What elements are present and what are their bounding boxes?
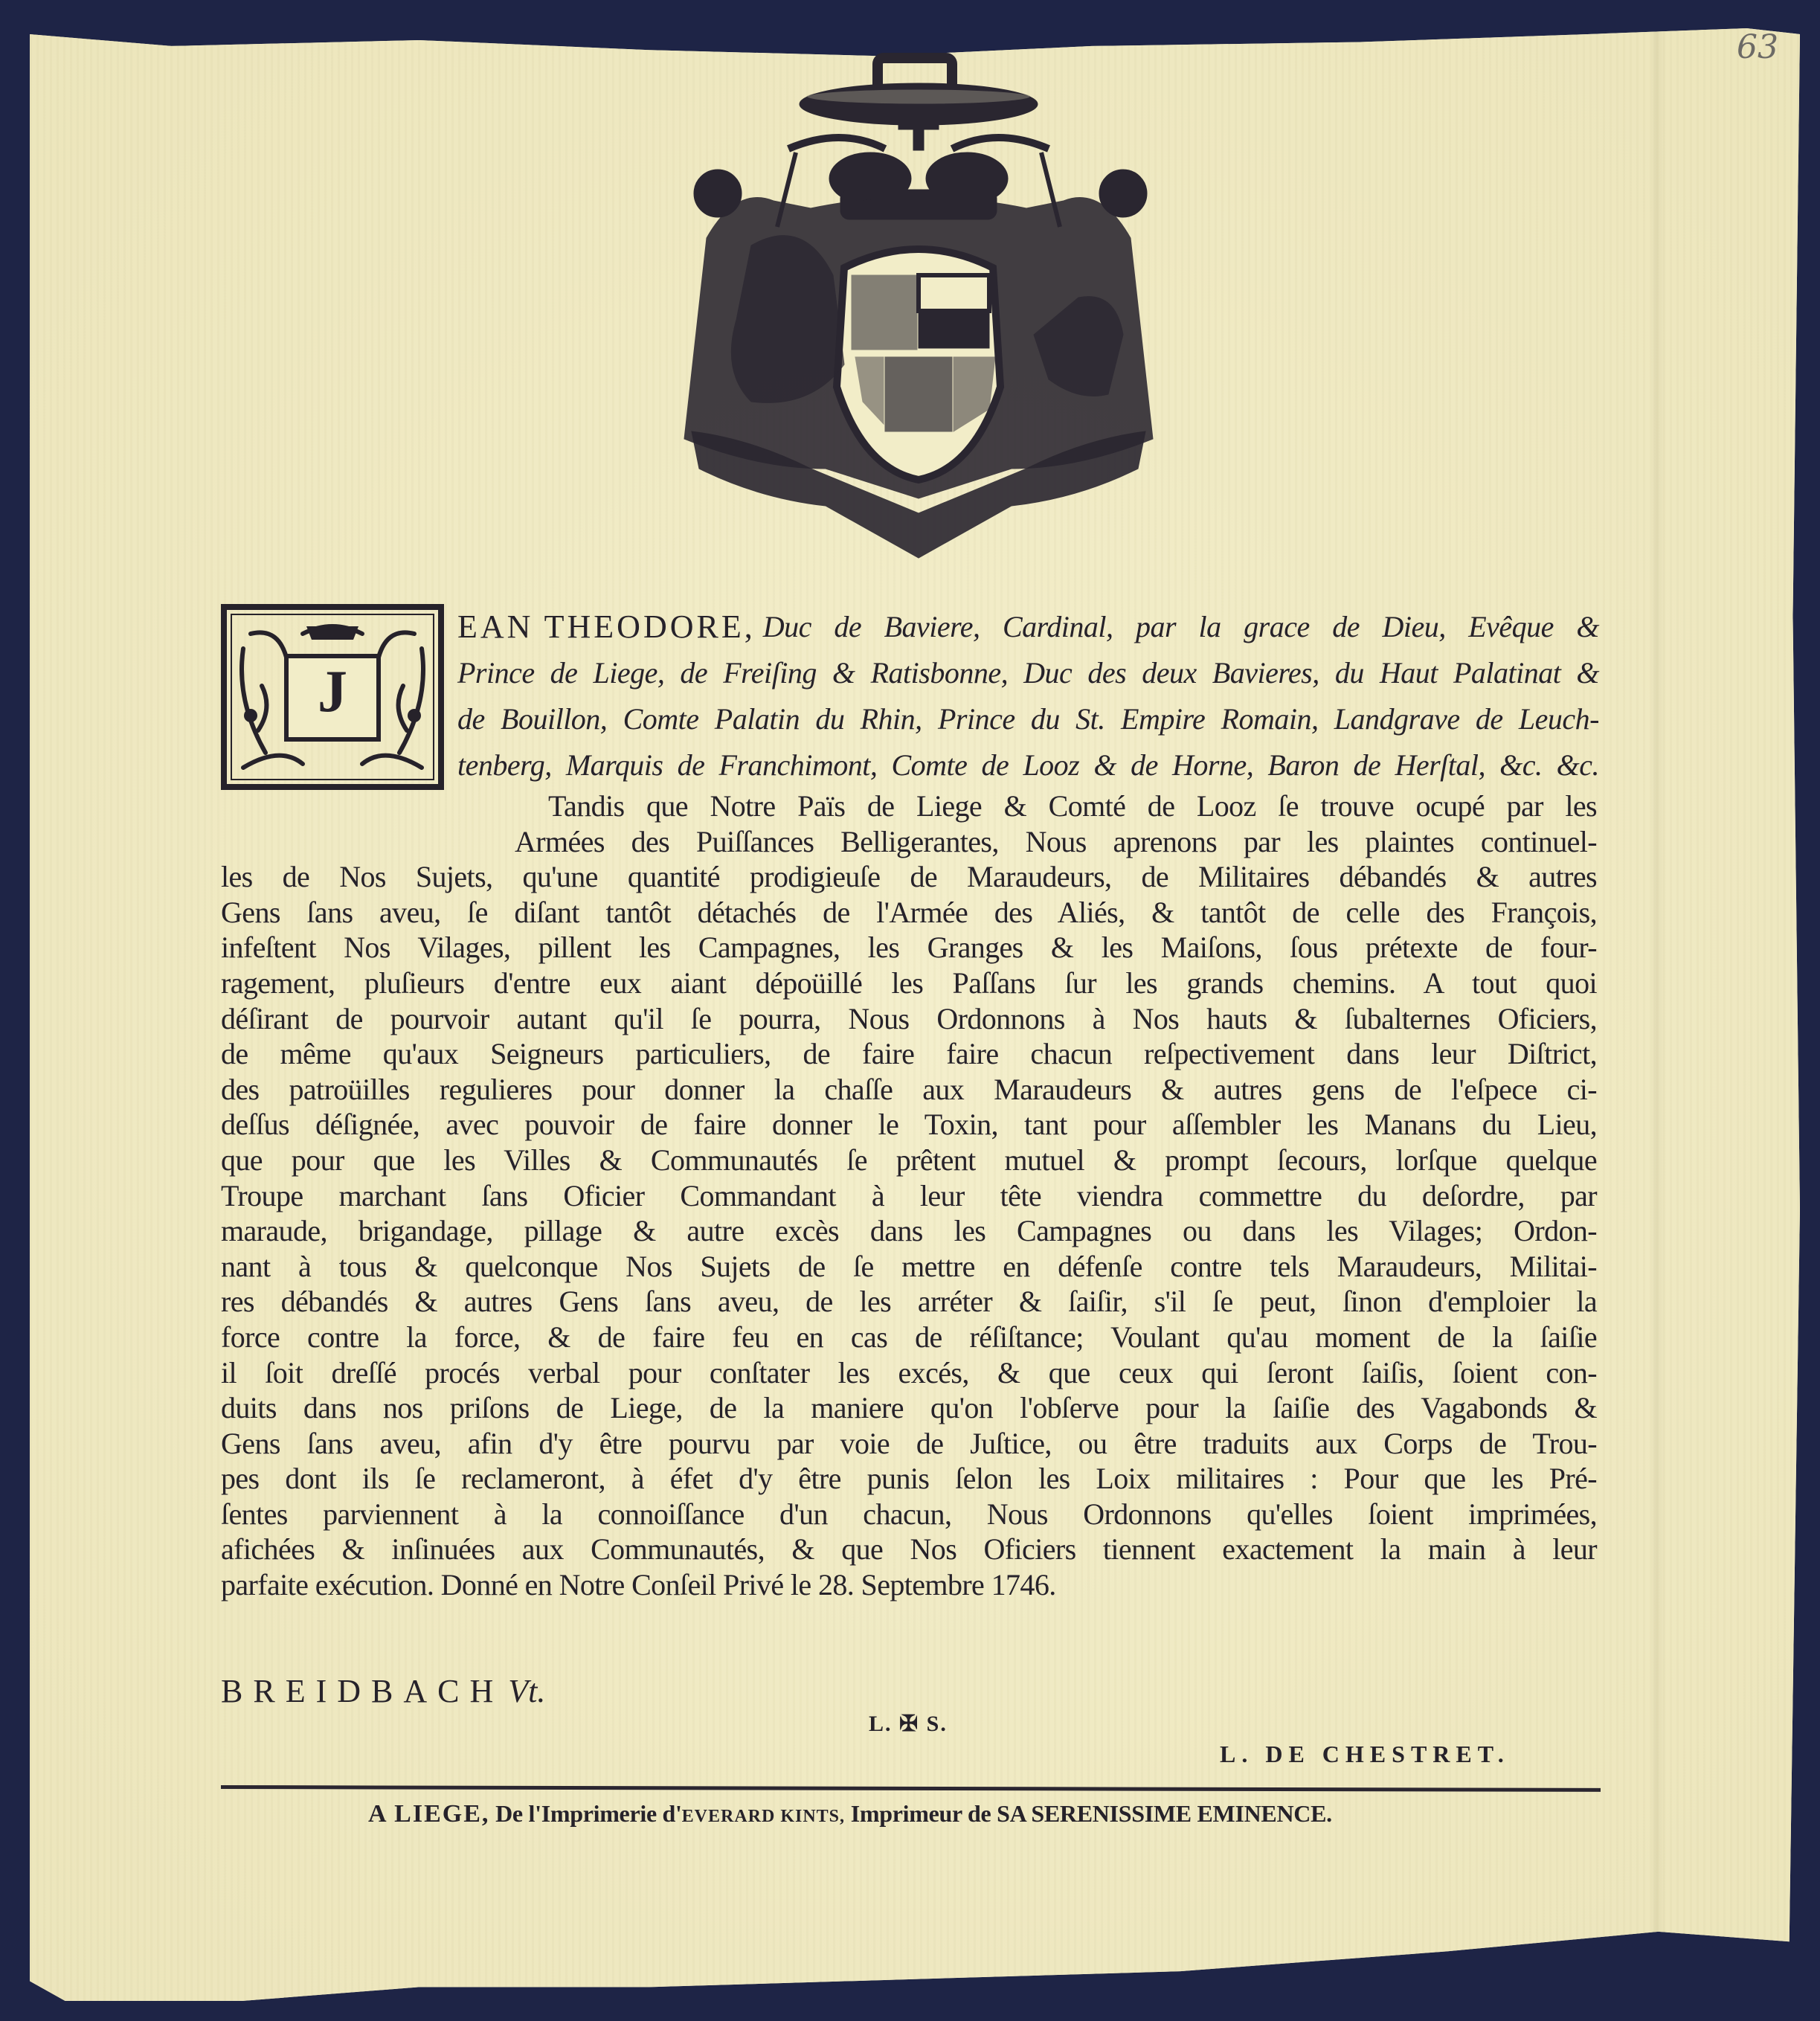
body-line: de même qu'aux Seigneurs particuliers, d… bbox=[221, 1036, 1597, 1072]
body-line: Armées des Puiſſances Belligerantes, Nou… bbox=[221, 824, 1597, 860]
page-number: 63 bbox=[1737, 28, 1778, 66]
title-line: de Bouillon, Comte Palatin du Rhin, Prin… bbox=[457, 696, 1599, 742]
body-line: déſirant de pourvoir autant qu'il ſe pou… bbox=[221, 1001, 1597, 1037]
coat-of-arms-icon bbox=[662, 52, 1175, 565]
imprint-printer-name: EVERARD KINTS, bbox=[682, 1807, 845, 1826]
title-text: Duc de Baviere, Cardinal, par la grace d… bbox=[763, 604, 1599, 650]
imprint-printer-prefix: De l'Imprimerie d' bbox=[495, 1800, 682, 1827]
imprint-place: A LIEGE, bbox=[368, 1800, 489, 1828]
title-line: Prince de Liege, de Freiſing & Ratisbonn… bbox=[457, 650, 1599, 696]
body-line: les de Nos Sujets, qu'une quantité prodi… bbox=[221, 859, 1597, 895]
body-line: force contre la force, & de faire feu en… bbox=[221, 1320, 1597, 1355]
drop-cap-letter: J bbox=[221, 655, 444, 729]
imprint-title-prefix: Imprimeur de bbox=[851, 1800, 991, 1827]
body-line: Gens ſans aveu, afin d'y être pourvu par… bbox=[221, 1426, 1597, 1462]
body-line: Gens ſans aveu, ſe diſant tantôt détaché… bbox=[221, 895, 1597, 931]
signature-left: BREIDBACHVt. bbox=[221, 1672, 545, 1710]
title-text: Prince de Liege, de Freiſing & Ratisbonn… bbox=[457, 650, 1599, 696]
body-line: afichées & inſinuées aux Communautés, & … bbox=[221, 1532, 1597, 1567]
ordinance-body: Tandis que Notre Païs de Liege & Comté d… bbox=[221, 788, 1597, 1603]
title-text: tenberg, Marquis de Franchimont, Comte d… bbox=[457, 742, 1599, 788]
body-line: ragement, pluſieurs d'entre eux aiant dé… bbox=[221, 965, 1597, 1001]
signatory-name: BREIDBACH bbox=[221, 1673, 504, 1709]
imprint-title: SA SERENISSIME EMINENCE. bbox=[997, 1800, 1332, 1827]
body-line: nant à tous & quelconque Nos Sujets de ſ… bbox=[221, 1249, 1597, 1285]
seal-mark: L. ✠ S. bbox=[869, 1711, 948, 1737]
title-text: de Bouillon, Comte Palatin du Rhin, Prin… bbox=[457, 696, 1599, 742]
body-line: deſſus déſignée, avec pouvoir de faire d… bbox=[221, 1107, 1597, 1143]
body-line: Tandis que Notre Païs de Liege & Comté d… bbox=[221, 788, 1597, 824]
body-line: res débandés & autres Gens ſans aveu, de… bbox=[221, 1284, 1597, 1320]
title-line: tenberg, Marquis de Franchimont, Comte d… bbox=[457, 742, 1599, 788]
title-line: EAN THEODORE, Duc de Baviere, Cardinal, … bbox=[457, 604, 1599, 650]
body-line: que pour que les Villes & Communautés ſe… bbox=[221, 1143, 1597, 1178]
body-line: Troupe marchant ſans Oficier Commandant … bbox=[221, 1178, 1597, 1214]
body-line: parfaite exécution. Donné en Notre Conſe… bbox=[221, 1567, 1597, 1603]
printer-imprint: A LIEGE, De l'Imprimerie d'EVERARD KINTS… bbox=[368, 1800, 1332, 1828]
body-line: pes dont ils ſe reclameront, à éfet d'y … bbox=[221, 1461, 1597, 1497]
body-line: duits dans nos priſons de Liege, de la m… bbox=[221, 1390, 1597, 1426]
body-line: ſentes parviennent à la connoiſſance d'u… bbox=[221, 1497, 1597, 1532]
body-line: il ſoit dreſſé procés verbal pour conſta… bbox=[221, 1355, 1597, 1391]
signatory-suffix: Vt. bbox=[508, 1673, 545, 1709]
signature-right: L. DE CHESTRET. bbox=[1220, 1741, 1510, 1768]
body-line: infeſtent Nos Vilages, pillent les Campa… bbox=[221, 930, 1597, 965]
body-line: des patroüilles regulieres pour donner l… bbox=[221, 1072, 1597, 1108]
issuer-name: EAN THEODORE, bbox=[457, 604, 756, 650]
title-block: EAN THEODORE, Duc de Baviere, Cardinal, … bbox=[457, 604, 1599, 788]
body-line: maraude, brigandage, pillage & autre exc… bbox=[221, 1213, 1597, 1249]
